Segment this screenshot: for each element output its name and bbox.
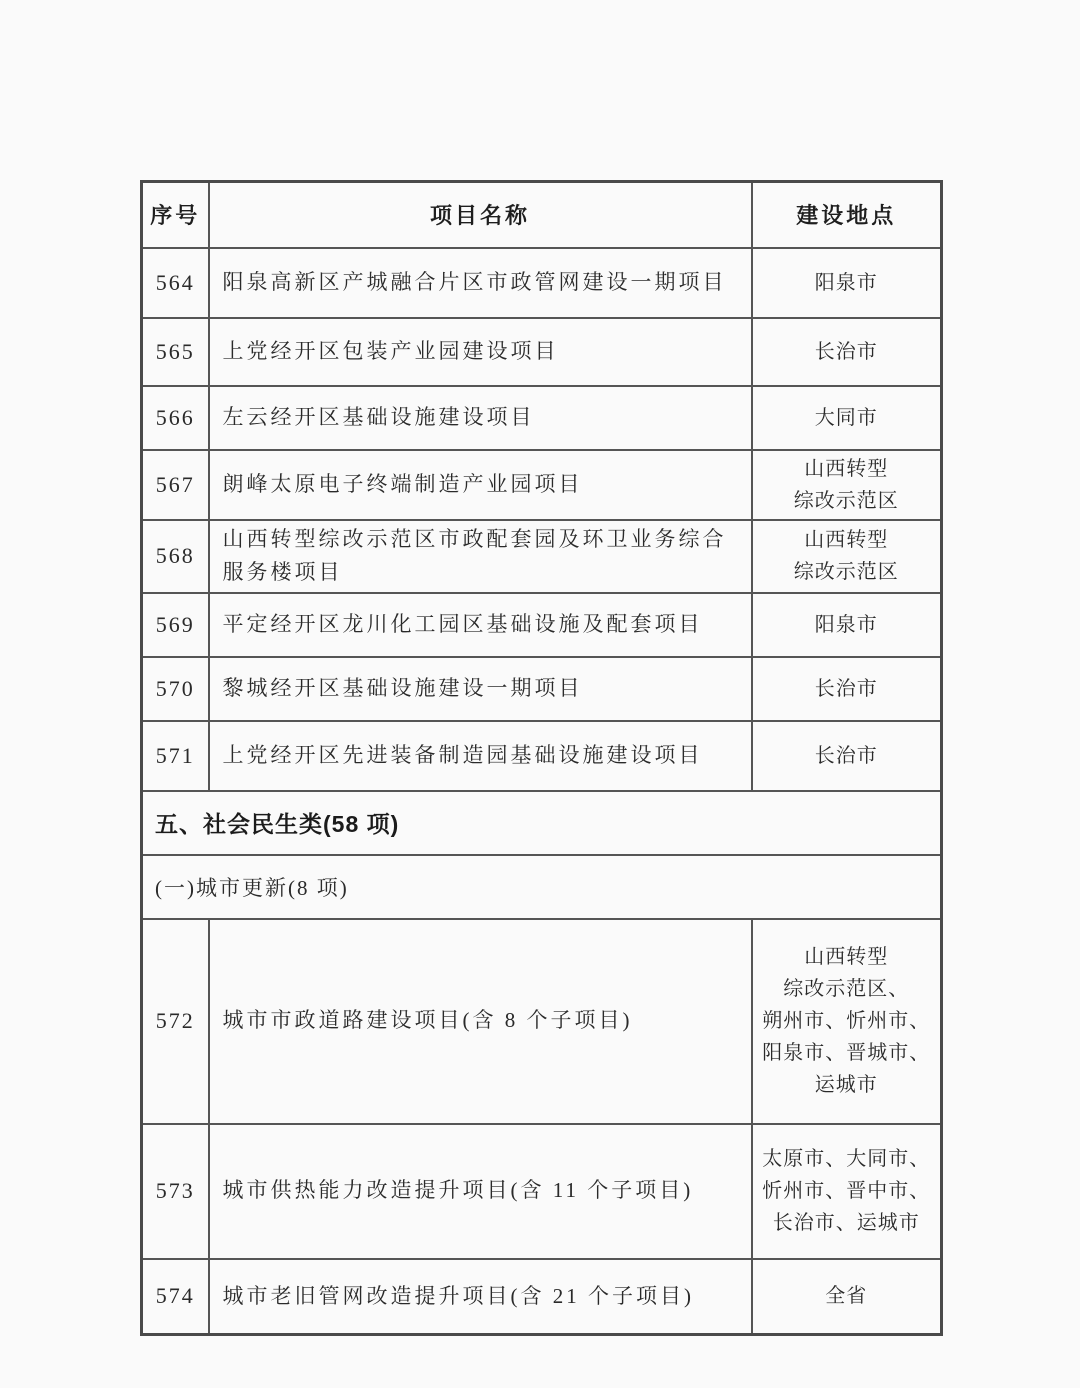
location-cell: 山西转型 综改示范区、 朔州市、忻州市、 阳泉市、晋城市、 运城市 — [752, 919, 942, 1124]
location-cell: 山西转型 综改示范区 — [752, 450, 942, 520]
project-name-cell: 山西转型综改示范区市政配套园及环卫业务综合服务楼项目 — [209, 520, 752, 593]
table-row: 568 山西转型综改示范区市政配套园及环卫业务综合服务楼项目 山西转型 综改示范… — [142, 520, 942, 593]
row-number-cell: 572 — [142, 919, 209, 1124]
project-name-cell: 城市市政道路建设项目(含 8 个子项目) — [209, 919, 752, 1124]
project-name-cell: 平定经开区龙川化工园区基础设施及配套项目 — [209, 593, 752, 657]
row-number-cell: 574 — [142, 1259, 209, 1335]
row-number-cell: 565 — [142, 318, 209, 386]
row-number-cell: 573 — [142, 1124, 209, 1259]
location-cell: 大同市 — [752, 386, 942, 450]
subsection-header-row: (一)城市更新(8 项) — [142, 855, 942, 919]
project-name-cell: 阳泉高新区产城融合片区市政管网建设一期项目 — [209, 248, 752, 318]
subsection-header: (一)城市更新(8 项) — [142, 855, 942, 919]
section-header: 五、社会民生类(58 项) — [142, 791, 942, 855]
column-header-project-name: 项目名称 — [209, 182, 752, 248]
project-table: 序号 项目名称 建设地点 564 阳泉高新区产城融合片区市政管网建设一期项目 阳… — [140, 180, 943, 1336]
location-cell: 长治市 — [752, 657, 942, 721]
table-row: 565 上党经开区包装产业园建设项目 长治市 — [142, 318, 942, 386]
row-number-cell: 566 — [142, 386, 209, 450]
table-header-row: 序号 项目名称 建设地点 — [142, 182, 942, 248]
project-name-cell: 城市老旧管网改造提升项目(含 21 个子项目) — [209, 1259, 752, 1335]
location-cell: 长治市 — [752, 318, 942, 386]
table-row: 572 城市市政道路建设项目(含 8 个子项目) 山西转型 综改示范区、 朔州市… — [142, 919, 942, 1124]
project-name-cell: 黎城经开区基础设施建设一期项目 — [209, 657, 752, 721]
table-row: 571 上党经开区先进装备制造园基础设施建设项目 长治市 — [142, 721, 942, 791]
table-row: 573 城市供热能力改造提升项目(含 11 个子项目) 太原市、大同市、 忻州市… — [142, 1124, 942, 1259]
project-name-cell: 左云经开区基础设施建设项目 — [209, 386, 752, 450]
location-cell: 山西转型 综改示范区 — [752, 520, 942, 593]
table-row: 574 城市老旧管网改造提升项目(含 21 个子项目) 全省 — [142, 1259, 942, 1335]
row-number-cell: 568 — [142, 520, 209, 593]
row-number-cell: 564 — [142, 248, 209, 318]
row-number-cell: 571 — [142, 721, 209, 791]
document-page: 序号 项目名称 建设地点 564 阳泉高新区产城融合片区市政管网建设一期项目 阳… — [0, 0, 1080, 1388]
project-name-cell: 上党经开区包装产业园建设项目 — [209, 318, 752, 386]
column-header-location: 建设地点 — [752, 182, 942, 248]
table-row: 567 朗峰太原电子终端制造产业园项目 山西转型 综改示范区 — [142, 450, 942, 520]
table-row: 569 平定经开区龙川化工园区基础设施及配套项目 阳泉市 — [142, 593, 942, 657]
location-cell: 阳泉市 — [752, 248, 942, 318]
section-header-row: 五、社会民生类(58 项) — [142, 791, 942, 855]
table-row: 564 阳泉高新区产城融合片区市政管网建设一期项目 阳泉市 — [142, 248, 942, 318]
project-name-cell: 朗峰太原电子终端制造产业园项目 — [209, 450, 752, 520]
table-row: 570 黎城经开区基础设施建设一期项目 长治市 — [142, 657, 942, 721]
location-cell: 长治市 — [752, 721, 942, 791]
row-number-cell: 570 — [142, 657, 209, 721]
project-name-cell: 城市供热能力改造提升项目(含 11 个子项目) — [209, 1124, 752, 1259]
row-number-cell: 569 — [142, 593, 209, 657]
location-cell: 全省 — [752, 1259, 942, 1335]
table-row: 566 左云经开区基础设施建设项目 大同市 — [142, 386, 942, 450]
project-name-cell: 上党经开区先进装备制造园基础设施建设项目 — [209, 721, 752, 791]
row-number-cell: 567 — [142, 450, 209, 520]
location-cell: 阳泉市 — [752, 593, 942, 657]
column-header-serial: 序号 — [142, 182, 209, 248]
location-cell: 太原市、大同市、 忻州市、晋中市、 长治市、运城市 — [752, 1124, 942, 1259]
